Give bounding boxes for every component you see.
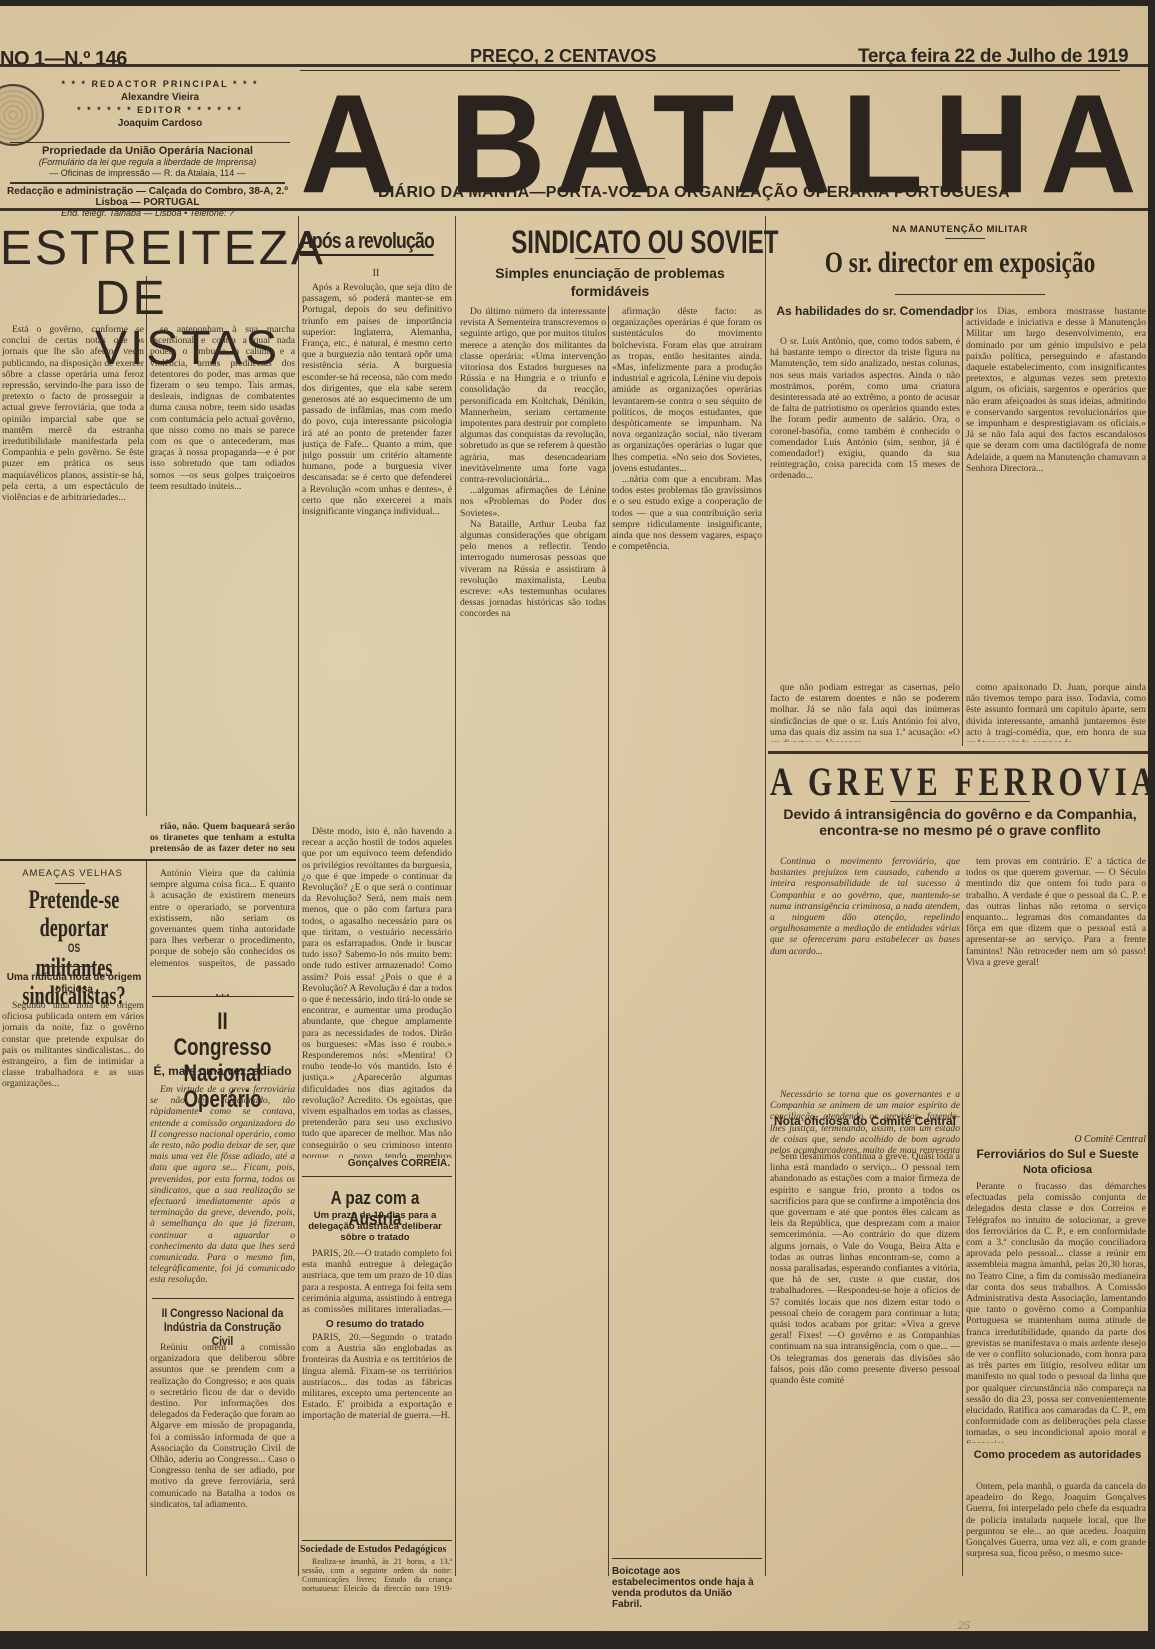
section-rule <box>152 996 294 997</box>
print-shop: — Oficinas de impressão — R. da Atalaia,… <box>0 168 295 179</box>
article-sociedade-body: Realiza-se àmanhã, às 21 horas, a 13.ª s… <box>302 1557 452 1591</box>
slogan: DIÁRIO DA MANHÃ—PORTA-VOZ DA ORGANIZAÇÃO… <box>378 184 1010 202</box>
article-estreiteza-col1: Está o govêrno, conforme se conclui de c… <box>2 324 144 852</box>
staff-box: * * * REDACTOR PRINCIPAL * * * Alexandre… <box>50 78 270 130</box>
article-director-col2: los Dias, embora mostrasse bastante acti… <box>966 306 1146 676</box>
article-apos-col-cont: Dêste modo, isto é, não havendo a recear… <box>302 826 452 1158</box>
subheadline-director: As habilidades do sr. Comendador <box>770 304 980 319</box>
column-divider <box>962 911 963 1576</box>
article-text: afirmação dêste facto: as organizações o… <box>612 306 762 474</box>
comite-signoff: O Comité Central <box>966 1134 1146 1145</box>
editor-in-chief-label: * * * REDACTOR PRINCIPAL * * * <box>50 78 270 91</box>
section-rule <box>612 1558 762 1559</box>
column-divider <box>608 306 609 1576</box>
headline-boicotage: Boicotage aos estabelecimentos onde haja… <box>612 1566 762 1610</box>
article-text: se anteponham à sua marcha ascensional e… <box>150 324 295 492</box>
newspaper-page: NO 1—N.º 146 PREÇO, 2 CENTAVOS Terça fei… <box>0 6 1148 1631</box>
kicker-ameacas-velhas: AMEAÇAS VELHAS <box>0 868 145 879</box>
column-divider <box>765 216 766 1576</box>
editor-in-chief-name: Alexandre Vieira <box>50 91 270 104</box>
headline-sindicato-soviet: SINDICATO OU SOVIET <box>511 224 729 261</box>
article-text: Reüniu ontem a comissão organizadora que… <box>150 1342 295 1510</box>
article-text: António Vieira que da calúnia sempre alg… <box>150 868 295 968</box>
staff-divider <box>10 142 290 143</box>
section-rule <box>302 1176 452 1177</box>
article-estreiteza-col2: se anteponham à sua marcha ascensional e… <box>150 324 295 816</box>
article-text: como apaixonado D. Juan, porque ainda nã… <box>966 682 1146 742</box>
kicker-underline <box>945 238 985 239</box>
article-text: rião, não. Quem baqueará serão os tirane… <box>150 821 295 857</box>
article-ferroviarios-sul: Perante o fracasso das démarches efectua… <box>966 1181 1146 1443</box>
headline-underline <box>890 801 1030 802</box>
article-text: Sem desânimos continua a greve. Quási to… <box>770 1151 960 1386</box>
article-text: Na Bataille, Arthur Leuba faz algumas co… <box>460 519 606 620</box>
subheadline-greve: Devido á intransigência do govêrno e da … <box>770 806 1148 838</box>
owner-line: Propriedade da União Operária Nacional <box>42 145 253 157</box>
article-director-col2-end: como apaixonado D. Juan, porque ainda nã… <box>966 682 1146 742</box>
issue-date: Terça feira 22 de Julho de 1919 <box>858 46 1128 68</box>
article-text: Dêste modo, isto é, não havendo a recear… <box>302 826 452 1158</box>
signature: Gonçalves CORREIA. <box>300 1158 450 1169</box>
section-rule <box>768 751 1148 754</box>
kicker-manutencao: NA MANUTENÇÃO MILITAR <box>770 224 1148 235</box>
headline-sociedade: Sociedade de Estudos Pedagógicos <box>300 1544 455 1555</box>
article-nota-comite: Sem desânimos continua a greve. Quási to… <box>770 1151 960 1596</box>
article-greve-col2: tem provas em contrário. E' a táctica de… <box>966 856 1146 1130</box>
article-text: que não podiam estregar as casernas, pel… <box>770 682 960 742</box>
article-text: Após a Revolução, que seja dito de passa… <box>302 282 452 517</box>
article-text: Em virtude de a greve ferroviária se não… <box>150 1084 295 1286</box>
kicker-underline <box>55 883 85 884</box>
pencil-annotation: 25 <box>958 1618 970 1631</box>
headline-line-1: ESTREITEZA <box>0 222 326 275</box>
article-autoridades: Ontem, pela manhã, o guarda da cancela d… <box>966 1481 1146 1596</box>
section-rule <box>0 859 296 861</box>
editor-name: Joaquim Cardoso <box>50 117 270 130</box>
headline-underline <box>895 294 1045 295</box>
headline-nota-comite: Nota oficiosa do Comité Central <box>770 1114 960 1129</box>
article-text: tem provas em contrário. E' a táctica de… <box>966 856 1146 968</box>
admin-address: Redacção e administração — Calçada do Co… <box>0 186 295 197</box>
article-resumo-body: PARIS, 20.—Segundo o tratado com a Austr… <box>302 1332 452 1538</box>
headline-greve-ferroviaria: A GREVE FERROVIARIA <box>770 758 1066 805</box>
headline-apos-revolucao: Após a revolução <box>300 228 434 256</box>
headline-como-procedem: Como procedem as autoridades <box>965 1449 1148 1462</box>
city: Lisboa — PORTUGAL <box>0 197 295 208</box>
section-rule <box>152 1298 294 1299</box>
column-divider <box>962 306 963 746</box>
masthead-bottom-rule <box>0 208 1148 211</box>
subheadline-paz-austria: Um prazo de 10 dias para a delegação aus… <box>300 1210 450 1243</box>
article-director-col1-end: que não podiam estregar as casernas, pel… <box>770 682 960 742</box>
article-ameacas-body: Segundo uma nota de origem oficiosa publ… <box>2 1000 144 1596</box>
column-divider <box>455 216 456 1576</box>
column-divider <box>298 216 299 1576</box>
article-text: los Dias, embora mostrasse bastante acti… <box>966 306 1146 474</box>
article-text: Está o govêrno, conforme se conclui de c… <box>2 324 144 503</box>
headline-line-1: Pretende-se deportar <box>29 885 120 942</box>
price: PREÇO, 2 CENTAVOS <box>470 46 656 67</box>
article-text: PARIS, 20.—Segundo o tratado com a Austr… <box>302 1332 452 1422</box>
article-ameacas-right: António Vieira que da calúnia sempre alg… <box>150 868 295 968</box>
article-congresso-construcao: Reüniu ontem a comissão organizadora que… <box>150 1342 295 1596</box>
article-estreiteza-end: rião, não. Quem baqueará serão os tirane… <box>150 821 295 857</box>
article-apos-col: Após a Revolução, que seja dito de passa… <box>302 282 452 822</box>
article-text: Do último número da interessante revista… <box>460 306 606 485</box>
article-greve-col1: Continua o movimento ferroviário, que ba… <box>770 856 960 1086</box>
subheadline-text: Nota oficiosa <box>965 1164 1148 1177</box>
column-divider <box>146 861 147 1576</box>
subheadline-sindicato: Simples enunciação de problemas formidáv… <box>460 264 760 300</box>
article-text: Ontem, pela manhã, o guarda da cancela d… <box>966 1481 1146 1559</box>
subheadline-congresso: É, mais uma vez, adiado <box>150 1064 295 1078</box>
headline-underline <box>45 966 95 967</box>
union-seal-icon <box>0 84 44 146</box>
article-director-col1: O sr. Luís Antônio, que, como todos sabe… <box>770 336 960 676</box>
headline-ferroviarios-sul: Ferroviários do Sul e Sueste Nota oficio… <box>965 1148 1148 1177</box>
issue-number: NO 1—N.º 146 <box>0 48 127 71</box>
headline-text: Ferroviários do Sul e Sueste <box>965 1148 1148 1161</box>
headline-underline <box>575 258 665 259</box>
headline-director: O sr. director em exposição <box>812 246 1108 280</box>
editor-label: * * * * * * EDITOR * * * * * * <box>50 104 270 117</box>
article-text: Continua o movimento ferroviário, que ba… <box>770 856 960 957</box>
subheadline-pretende: Uma ridícula nota de origem oficiosa <box>0 972 148 996</box>
article-sindicato-col2: afirmação dêste facto: as organizações o… <box>612 306 762 1556</box>
article-text: O sr. Luís Antônio, que, como todos sabe… <box>770 336 960 482</box>
article-text: Perante o fracasso das démarches efectua… <box>966 1181 1146 1443</box>
section-rule <box>302 1540 452 1541</box>
article-text: ...algumas afirmações de Lénine nos «Pro… <box>460 485 606 519</box>
article-sindicato-col1: Do último número da interessante revista… <box>460 306 606 1511</box>
article-congresso-body: Em virtude de a greve ferroviária se não… <box>150 1084 295 1296</box>
part-number: II <box>300 268 452 279</box>
article-text: ...nária com que a encubram. Mas todos e… <box>612 474 762 552</box>
article-paz-body: PARIS, 20.—O tratado completo foi esta m… <box>302 1248 452 1316</box>
article-text: Realiza-se àmanhã, às 21 horas, a 13.ª s… <box>302 1557 452 1591</box>
article-text: Segundo uma nota de origem oficiosa publ… <box>2 1000 144 1090</box>
legal-note: (Formulário da lei que regula a liberdad… <box>0 157 295 168</box>
headline-resumo-tratado: O resumo do tratado <box>300 1319 450 1330</box>
article-text: PARIS, 20.—O tratado completo foi esta m… <box>302 1248 452 1316</box>
